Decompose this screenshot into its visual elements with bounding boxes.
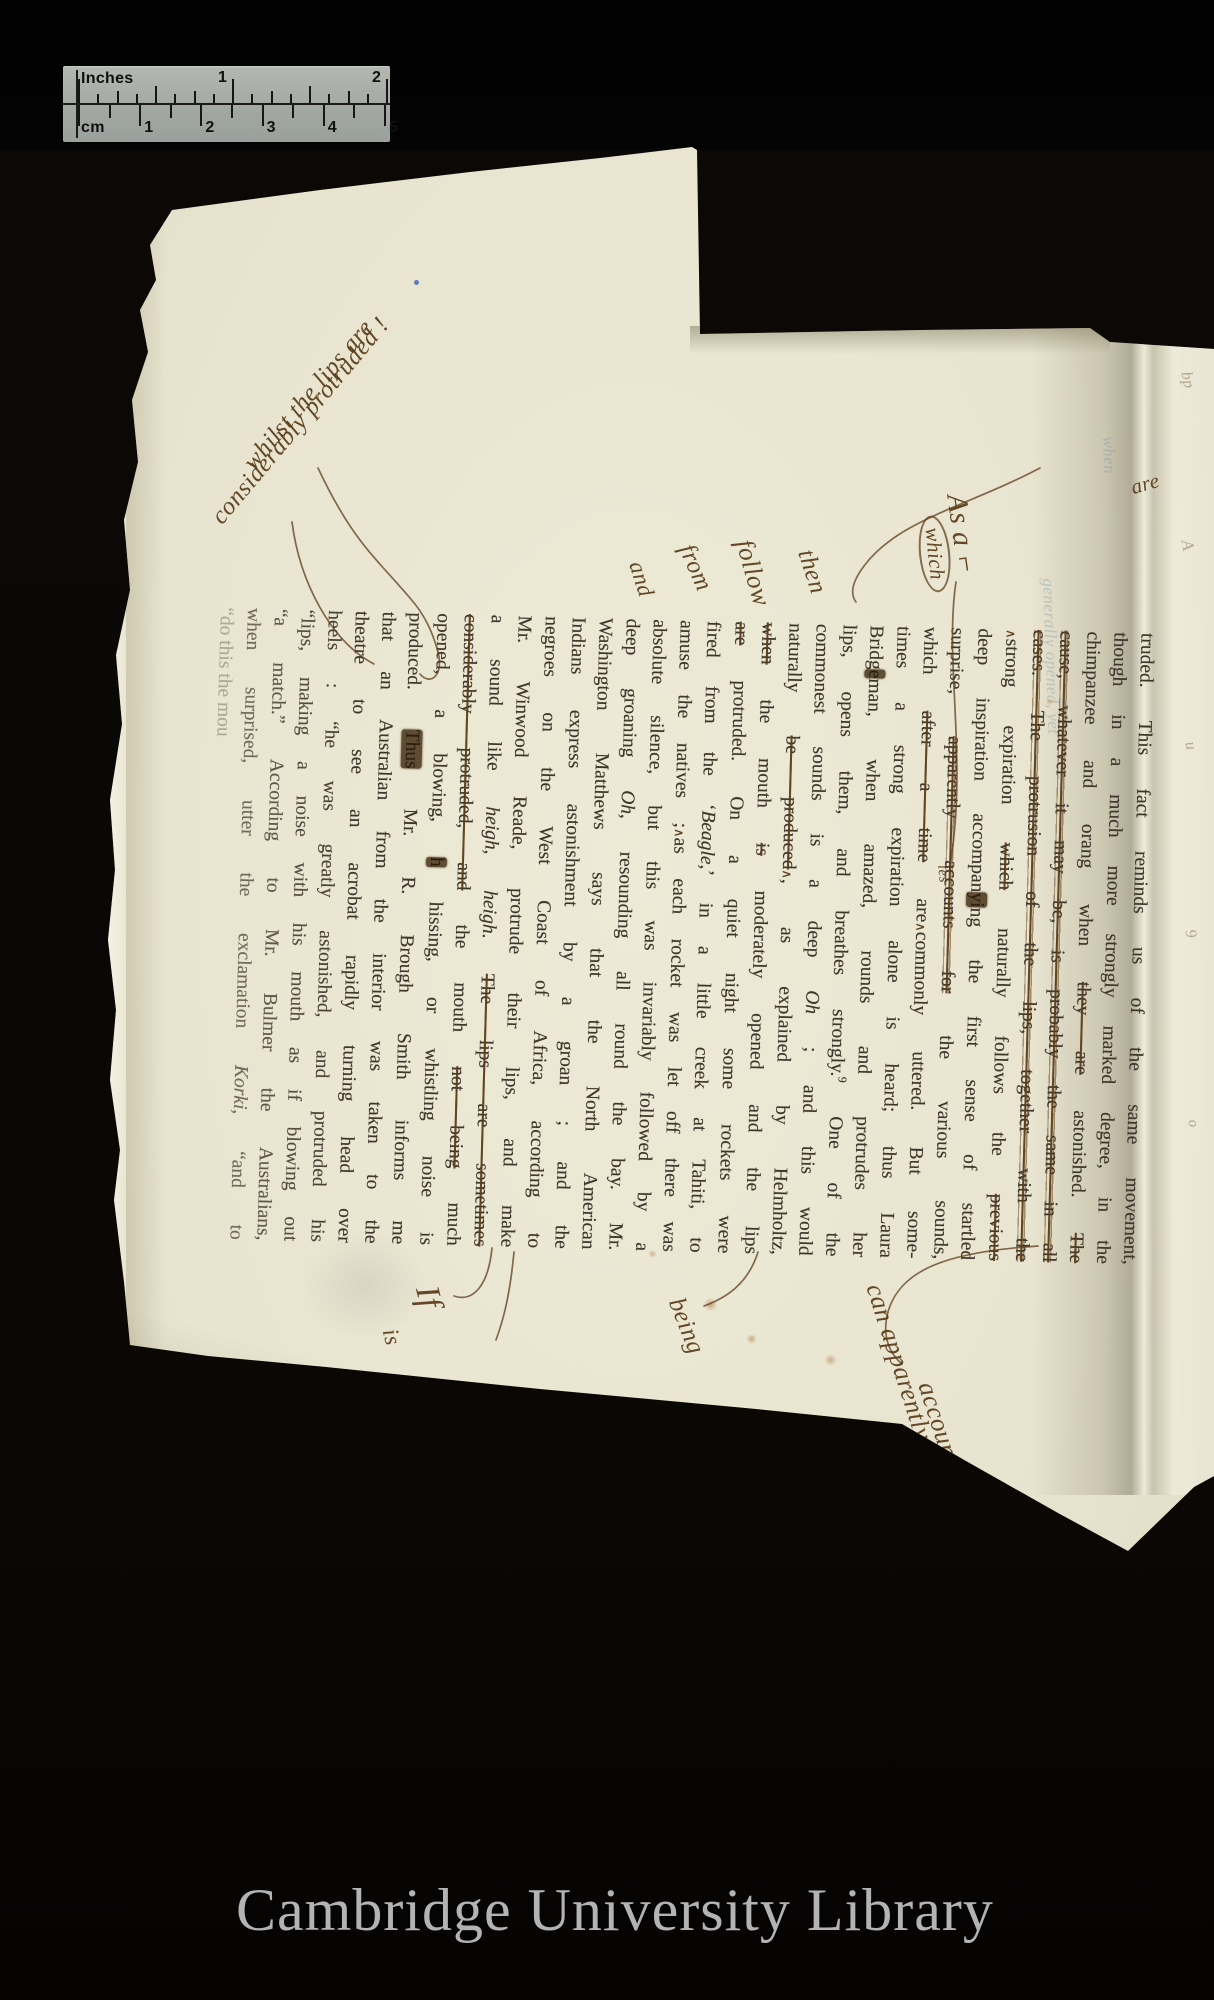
cm-tick bbox=[231, 105, 233, 118]
inch-number: 1 bbox=[218, 69, 227, 87]
ruler: Inches cm 1212345 bbox=[63, 66, 390, 142]
inch-tick bbox=[386, 79, 388, 103]
cm-tick bbox=[262, 105, 264, 126]
inch-tick bbox=[213, 94, 215, 103]
inch-tick bbox=[232, 79, 234, 103]
proof-page: truded. This fact reminds us of the same… bbox=[0, 0, 1214, 2000]
cm-number: 5 bbox=[389, 119, 398, 137]
cm-number: 2 bbox=[205, 119, 214, 137]
cm-number: 1 bbox=[144, 119, 153, 137]
show-through-text: when bbox=[1098, 436, 1119, 475]
cm-tick bbox=[323, 105, 325, 126]
inch-tick bbox=[271, 91, 273, 103]
inch-tick bbox=[155, 86, 157, 103]
ruler-divider bbox=[63, 103, 390, 105]
note-ies: ies bbox=[933, 864, 952, 884]
inch-tick bbox=[348, 91, 350, 103]
inch-tick bbox=[290, 94, 292, 103]
inch-number: 2 bbox=[372, 69, 381, 87]
cm-tick bbox=[200, 105, 202, 126]
cm-tick bbox=[384, 105, 386, 126]
inch-tick bbox=[309, 86, 311, 103]
inch-tick bbox=[194, 91, 196, 103]
cm-tick bbox=[78, 105, 80, 126]
inch-tick bbox=[367, 94, 369, 103]
cm-tick bbox=[353, 105, 355, 118]
inch-tick bbox=[117, 91, 119, 103]
inch-tick bbox=[251, 94, 253, 103]
ruler-cm-label: cm bbox=[81, 119, 105, 137]
ruler-inches-label: Inches bbox=[81, 70, 134, 88]
inch-tick bbox=[328, 94, 330, 103]
inch-tick bbox=[136, 94, 138, 103]
cm-tick bbox=[139, 105, 141, 126]
cm-number: 4 bbox=[328, 119, 337, 137]
inch-tick bbox=[97, 94, 99, 103]
library-photograph: { "ruler": { "inches_label": "Inches", "… bbox=[0, 0, 1214, 2000]
cm-tick bbox=[109, 105, 111, 118]
inch-tick bbox=[78, 79, 80, 103]
edge-mark: m bbox=[1174, 208, 1194, 224]
ink-correction-strokes bbox=[0, 0, 1214, 2000]
cm-tick bbox=[292, 105, 294, 118]
cm-number: 3 bbox=[267, 119, 276, 137]
inch-tick bbox=[174, 94, 176, 103]
cm-tick bbox=[170, 105, 172, 118]
library-caption: Cambridge University Library bbox=[236, 1876, 994, 1945]
